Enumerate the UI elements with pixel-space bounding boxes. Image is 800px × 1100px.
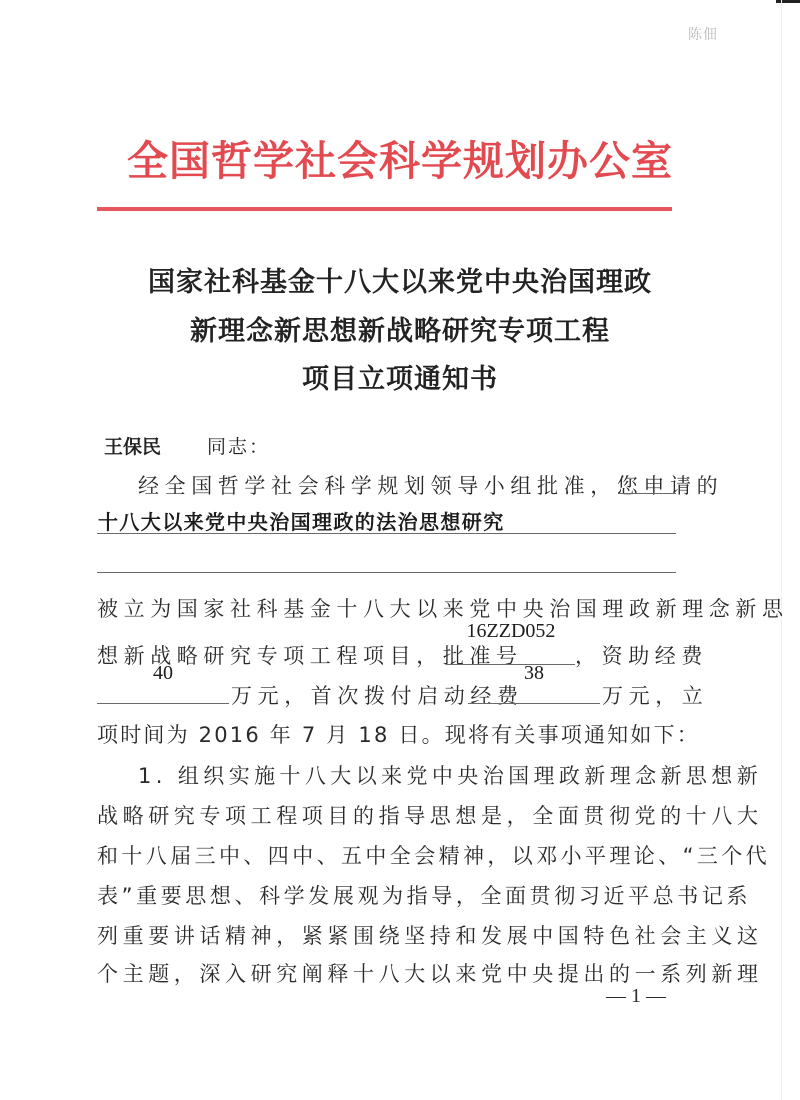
page-number: — 1 —	[606, 985, 666, 1008]
salutation-suffix: 同志：	[207, 432, 270, 459]
body-line-d: 项时间为 2016 年 7 月 18 日。现将有关事项通知如下：	[97, 719, 700, 749]
letterhead-red-rule	[97, 207, 672, 211]
item1-line-3: 和十八届三中、四中、五中全会精神，以邓小平理论、“三个代	[97, 840, 770, 870]
body-line-c-post: 万元，立	[602, 680, 708, 710]
item1-line-6: 个主题，深入研究阐释十八大以来党中央提出的一系列新理	[97, 958, 763, 988]
document-title-line-2: 新理念新思想新战略研究专项工程	[0, 309, 800, 348]
document-title-line-1: 国家社科基金十八大以来党中央治国理政	[0, 260, 800, 299]
funding-initial: 38	[468, 662, 600, 685]
project-name: 十八大以来党中央治国理政的法治思想研究	[98, 506, 505, 535]
approval-number: 16ZZD052	[447, 620, 575, 643]
letterhead-organization: 全国哲学社会科学规划办公室	[0, 128, 800, 187]
intro-underline	[618, 493, 676, 494]
item1-line-2: 战略研究专项工程项目的指导思想是，全面贯彻党的十八大	[97, 800, 763, 830]
funding-initial-underline	[468, 703, 600, 704]
funding-total-underline	[97, 703, 229, 704]
project-name-underline-2	[97, 572, 676, 573]
item1-line-1: 1. 组织实施十八大以来党中央治国理政新理念新思想新	[138, 760, 762, 790]
scan-edge-mark	[776, 0, 800, 3]
item1-line-5: 列重要讲话精神，紧紧围绕坚持和发展中国特色社会主义这	[97, 920, 763, 950]
handwritten-note: 陈佃	[688, 24, 718, 44]
body-line-a: 被立为国家社科基金十八大以来党中央治国理政新理念新思	[97, 593, 789, 623]
intro-text: 经全国哲学社会科学规划领导小组批准，您申请的	[138, 470, 723, 500]
document-title-line-3: 项目立项通知书	[0, 357, 800, 396]
recipient-name: 王保民	[104, 432, 161, 459]
item1-line-4: 表”重要思想、科学发展观为指导，全面贯彻习近平总书记系	[97, 880, 751, 910]
project-name-underline-1	[97, 533, 676, 534]
funding-total: 40	[97, 662, 229, 685]
